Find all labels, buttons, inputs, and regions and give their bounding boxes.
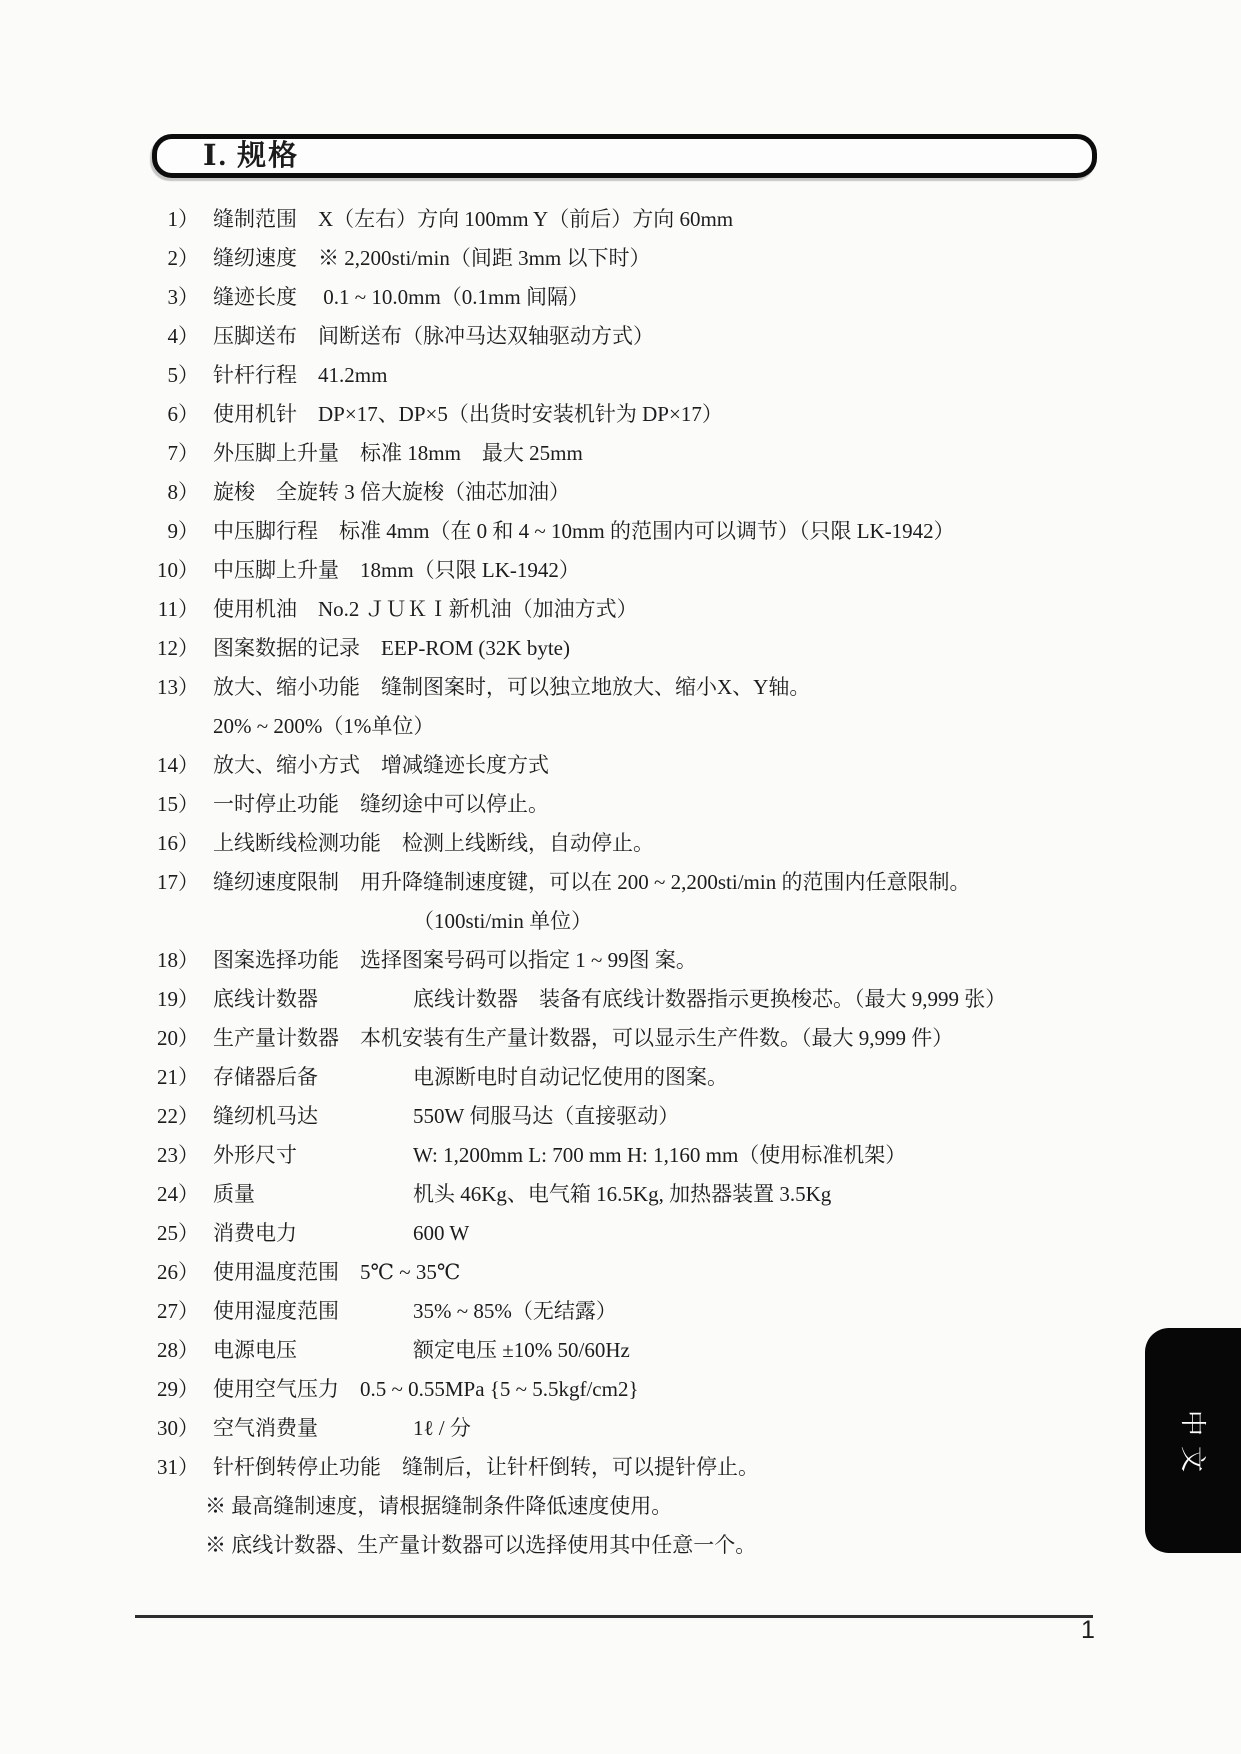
item-value: W: 1,200mm L: 700 mm H: 1,160 mm（使用标准机架）	[413, 1143, 906, 1167]
item-number: 23）	[155, 1136, 199, 1175]
item-subline-text: （100sti/min 单位）	[413, 902, 592, 941]
item-content: 使用机针 DP×17、DP×5（出货时安装机针为 DP×17）	[213, 395, 723, 434]
spec-item: 18）图案选择功能 选择图案号码可以指定 1 ~ 99图 案。	[155, 941, 1120, 980]
spec-item: 28）电源电压额定电压 ±10% 50/60Hz	[155, 1331, 1120, 1370]
page-title: Ⅰ. 规格	[157, 142, 299, 171]
item-content: 中压脚上升量 18mm（只限 LK-1942）	[213, 551, 580, 590]
item-number: 17）	[155, 863, 199, 902]
item-content: 生产量计数器 本机安装有生产量计数器，可以显示生产件数。（最大 9,999 件）	[213, 1019, 953, 1058]
spec-item: 8）旋梭 全旋转 3 倍大旋梭（油芯加油）	[155, 473, 1120, 512]
item-number: 20）	[155, 1019, 199, 1058]
spec-item: 29）使用空气压力 0.5 ~ 0.55MPa {5 ~ 5.5kgf/cm2}	[155, 1370, 1120, 1409]
item-content: 放大、缩小方式 增减缝迹长度方式	[213, 746, 549, 785]
item-number: 12）	[155, 629, 199, 668]
spec-item: 22）缝纫机马达550W 伺服马达（直接驱动）	[155, 1097, 1120, 1136]
item-content: 缝纫机马达550W 伺服马达（直接驱动）	[213, 1097, 679, 1136]
spec-item: 5）针杆行程 41.2mm	[155, 356, 1120, 395]
item-content: 空气消费量1ℓ / 分	[213, 1409, 471, 1448]
section-title-box: Ⅰ. 规格	[152, 134, 1097, 178]
item-content: 缝纫速度限制 用升降缝制速度键，可以在 200 ~ 2,200sti/min 的…	[213, 863, 970, 902]
item-label: 电源电压	[213, 1331, 413, 1370]
item-value: 机头 46Kg、电气箱 16.5Kg, 加热器装置 3.5Kg	[413, 1182, 831, 1206]
spec-item-subline: （100sti/min 单位）	[155, 902, 1120, 941]
spec-item: 26）使用温度范围 5℃ ~ 35℃	[155, 1253, 1120, 1292]
item-content: 缝制范围 X（左右）方向 100mm Y（前后）方向 60mm	[213, 200, 733, 239]
item-label: 存储器后备	[213, 1058, 413, 1097]
item-label: 底线计数器	[213, 980, 413, 1019]
spec-item: 4）压脚送布 间断送布（脉冲马达双轴驱动方式）	[155, 317, 1120, 356]
item-number: 7）	[155, 434, 199, 473]
item-number: 13）	[155, 668, 199, 707]
item-number: 6）	[155, 395, 199, 434]
note-text: ※ 最高缝制速度，请根据缝制条件降低速度使用。	[205, 1487, 672, 1526]
item-number: 10）	[155, 551, 199, 590]
item-content: 图案数据的记录 EEP-ROM (32K byte)	[213, 629, 570, 668]
page-number: 1	[1068, 1616, 1108, 1645]
spec-item: 7）外压脚上升量 标准 18mm 最大 25mm	[155, 434, 1120, 473]
item-content: 外形尺寸W: 1,200mm L: 700 mm H: 1,160 mm（使用标…	[213, 1136, 906, 1175]
language-tab-chinese: 中文	[1145, 1328, 1241, 1553]
spec-item: 17）缝纫速度限制 用升降缝制速度键，可以在 200 ~ 2,200sti/mi…	[155, 863, 1120, 902]
item-value: 电源断电时自动记忆使用的图案。	[413, 1065, 728, 1089]
item-number: 8）	[155, 473, 199, 512]
item-value: 1ℓ / 分	[413, 1416, 471, 1440]
spec-item: 10）中压脚上升量 18mm（只限 LK-1942）	[155, 551, 1120, 590]
item-number: 18）	[155, 941, 199, 980]
spec-item: 15）一时停止功能 缝纫途中可以停止。	[155, 785, 1120, 824]
item-content: 外压脚上升量 标准 18mm 最大 25mm	[213, 434, 583, 473]
item-number: 24）	[155, 1175, 199, 1214]
item-value: 600 W	[413, 1221, 469, 1245]
spec-item: 20）生产量计数器 本机安装有生产量计数器，可以显示生产件数。（最大 9,999…	[155, 1019, 1120, 1058]
item-number: 9）	[155, 512, 199, 551]
item-content: 使用温度范围 5℃ ~ 35℃	[213, 1253, 460, 1292]
language-tab-label: 中文	[1180, 1399, 1206, 1481]
spec-item: 25）消费电力600 W	[155, 1214, 1120, 1253]
spec-item: 16）上线断线检测功能 检测上线断线，自动停止。	[155, 824, 1120, 863]
item-content: 一时停止功能 缝纫途中可以停止。	[213, 785, 549, 824]
spec-item: 19）底线计数器底线计数器 装备有底线计数器指示更换梭芯。（最大 9,999 张…	[155, 980, 1120, 1019]
item-content: 针杆倒转停止功能 缝制后，让针杆倒转，可以提针停止。	[213, 1448, 759, 1487]
item-content: 电源电压额定电压 ±10% 50/60Hz	[213, 1331, 630, 1370]
item-number: 26）	[155, 1253, 199, 1292]
item-number: 30）	[155, 1409, 199, 1448]
item-number: 4）	[155, 317, 199, 356]
item-label: 缝纫机马达	[213, 1097, 413, 1136]
item-content: 缝纫速度 ※ 2,200sti/min（间距 3mm 以下时）	[213, 239, 651, 278]
note-text: ※ 底线计数器、生产量计数器可以选择使用其中任意一个。	[205, 1526, 756, 1565]
spec-item-subline: 20% ~ 200%（1%单位）	[155, 707, 1120, 746]
item-number: 16）	[155, 824, 199, 863]
item-content: 图案选择功能 选择图案号码可以指定 1 ~ 99图 案。	[213, 941, 697, 980]
spec-item: 12）图案数据的记录 EEP-ROM (32K byte)	[155, 629, 1120, 668]
item-value: 底线计数器 装备有底线计数器指示更换梭芯。（最大 9,999 张）	[413, 987, 1006, 1011]
spec-item: 31）针杆倒转停止功能 缝制后，让针杆倒转，可以提针停止。	[155, 1448, 1120, 1487]
item-number: 1）	[155, 200, 199, 239]
item-content: 底线计数器底线计数器 装备有底线计数器指示更换梭芯。（最大 9,999 张）	[213, 980, 1006, 1019]
item-content: 压脚送布 间断送布（脉冲马达双轴驱动方式）	[213, 317, 654, 356]
item-content: 旋梭 全旋转 3 倍大旋梭（油芯加油）	[213, 473, 570, 512]
item-content: 存储器后备电源断电时自动记忆使用的图案。	[213, 1058, 728, 1097]
item-number: 31）	[155, 1448, 199, 1487]
item-content: 质量机头 46Kg、电气箱 16.5Kg, 加热器装置 3.5Kg	[213, 1175, 831, 1214]
item-number: 25）	[155, 1214, 199, 1253]
spec-item: 11）使用机油 No.2 ＪＵＫＩ新机油（加油方式）	[155, 590, 1120, 629]
spec-item: 1）缝制范围 X（左右）方向 100mm Y（前后）方向 60mm	[155, 200, 1120, 239]
item-value: 35% ~ 85%（无结露）	[413, 1299, 617, 1323]
item-number: 28）	[155, 1331, 199, 1370]
spec-item: 6）使用机针 DP×17、DP×5（出货时安装机针为 DP×17）	[155, 395, 1120, 434]
item-label: 消费电力	[213, 1214, 413, 1253]
item-number: 14）	[155, 746, 199, 785]
spec-item: 2）缝纫速度 ※ 2,200sti/min（间距 3mm 以下时）	[155, 239, 1120, 278]
item-number: 21）	[155, 1058, 199, 1097]
item-label: 空气消费量	[213, 1409, 413, 1448]
item-number: 3）	[155, 278, 199, 317]
item-content: 使用空气压力 0.5 ~ 0.55MPa {5 ~ 5.5kgf/cm2}	[213, 1370, 639, 1409]
item-content: 使用机油 No.2 ＪＵＫＩ新机油（加油方式）	[213, 590, 638, 629]
spec-item: 14）放大、缩小方式 增减缝迹长度方式	[155, 746, 1120, 785]
spec-note: ※ 底线计数器、生产量计数器可以选择使用其中任意一个。	[155, 1526, 1120, 1565]
item-content: 使用湿度范围35% ~ 85%（无结露）	[213, 1292, 617, 1331]
spec-list: 1）缝制范围 X（左右）方向 100mm Y（前后）方向 60mm2）缝纫速度 …	[155, 200, 1120, 1565]
spec-item: 9）中压脚行程 标准 4mm（在 0 和 4 ~ 10mm 的范围内可以调节）（…	[155, 512, 1120, 551]
item-value: 550W 伺服马达（直接驱动）	[413, 1104, 679, 1128]
item-label: 外形尺寸	[213, 1136, 413, 1175]
item-number: 15）	[155, 785, 199, 824]
item-number: 19）	[155, 980, 199, 1019]
item-content: 缝迹长度 0.1 ~ 10.0mm（0.1mm 间隔）	[213, 278, 589, 317]
item-content: 消费电力600 W	[213, 1214, 469, 1253]
spec-item: 13）放大、缩小功能 缝制图案时，可以独立地放大、缩小X、Y轴。	[155, 668, 1120, 707]
item-number: 29）	[155, 1370, 199, 1409]
item-number: 2）	[155, 239, 199, 278]
item-label: 使用湿度范围	[213, 1292, 413, 1331]
item-value: 额定电压 ±10% 50/60Hz	[413, 1338, 630, 1362]
item-content: 上线断线检测功能 检测上线断线，自动停止。	[213, 824, 654, 863]
spec-note: ※ 最高缝制速度，请根据缝制条件降低速度使用。	[155, 1487, 1120, 1526]
item-content: 中压脚行程 标准 4mm（在 0 和 4 ~ 10mm 的范围内可以调节）（只限…	[213, 512, 955, 551]
manual-page: Ⅰ. 规格 1）缝制范围 X（左右）方向 100mm Y（前后）方向 60mm2…	[0, 0, 1241, 1754]
item-content: 放大、缩小功能 缝制图案时，可以独立地放大、缩小X、Y轴。	[213, 668, 810, 707]
spec-item: 30）空气消费量1ℓ / 分	[155, 1409, 1120, 1448]
item-subline-text: 20% ~ 200%（1%单位）	[213, 707, 434, 746]
item-content: 针杆行程 41.2mm	[213, 356, 387, 395]
spec-item: 24）质量机头 46Kg、电气箱 16.5Kg, 加热器装置 3.5Kg	[155, 1175, 1120, 1214]
spec-item: 21）存储器后备电源断电时自动记忆使用的图案。	[155, 1058, 1120, 1097]
item-number: 22）	[155, 1097, 199, 1136]
item-label: 质量	[213, 1175, 413, 1214]
spec-item: 27）使用湿度范围35% ~ 85%（无结露）	[155, 1292, 1120, 1331]
footer-rule	[135, 1615, 1093, 1618]
spec-item: 23）外形尺寸W: 1,200mm L: 700 mm H: 1,160 mm（…	[155, 1136, 1120, 1175]
item-number: 27）	[155, 1292, 199, 1331]
spec-item: 3）缝迹长度 0.1 ~ 10.0mm（0.1mm 间隔）	[155, 278, 1120, 317]
item-number: 11）	[155, 590, 199, 629]
item-number: 5）	[155, 356, 199, 395]
